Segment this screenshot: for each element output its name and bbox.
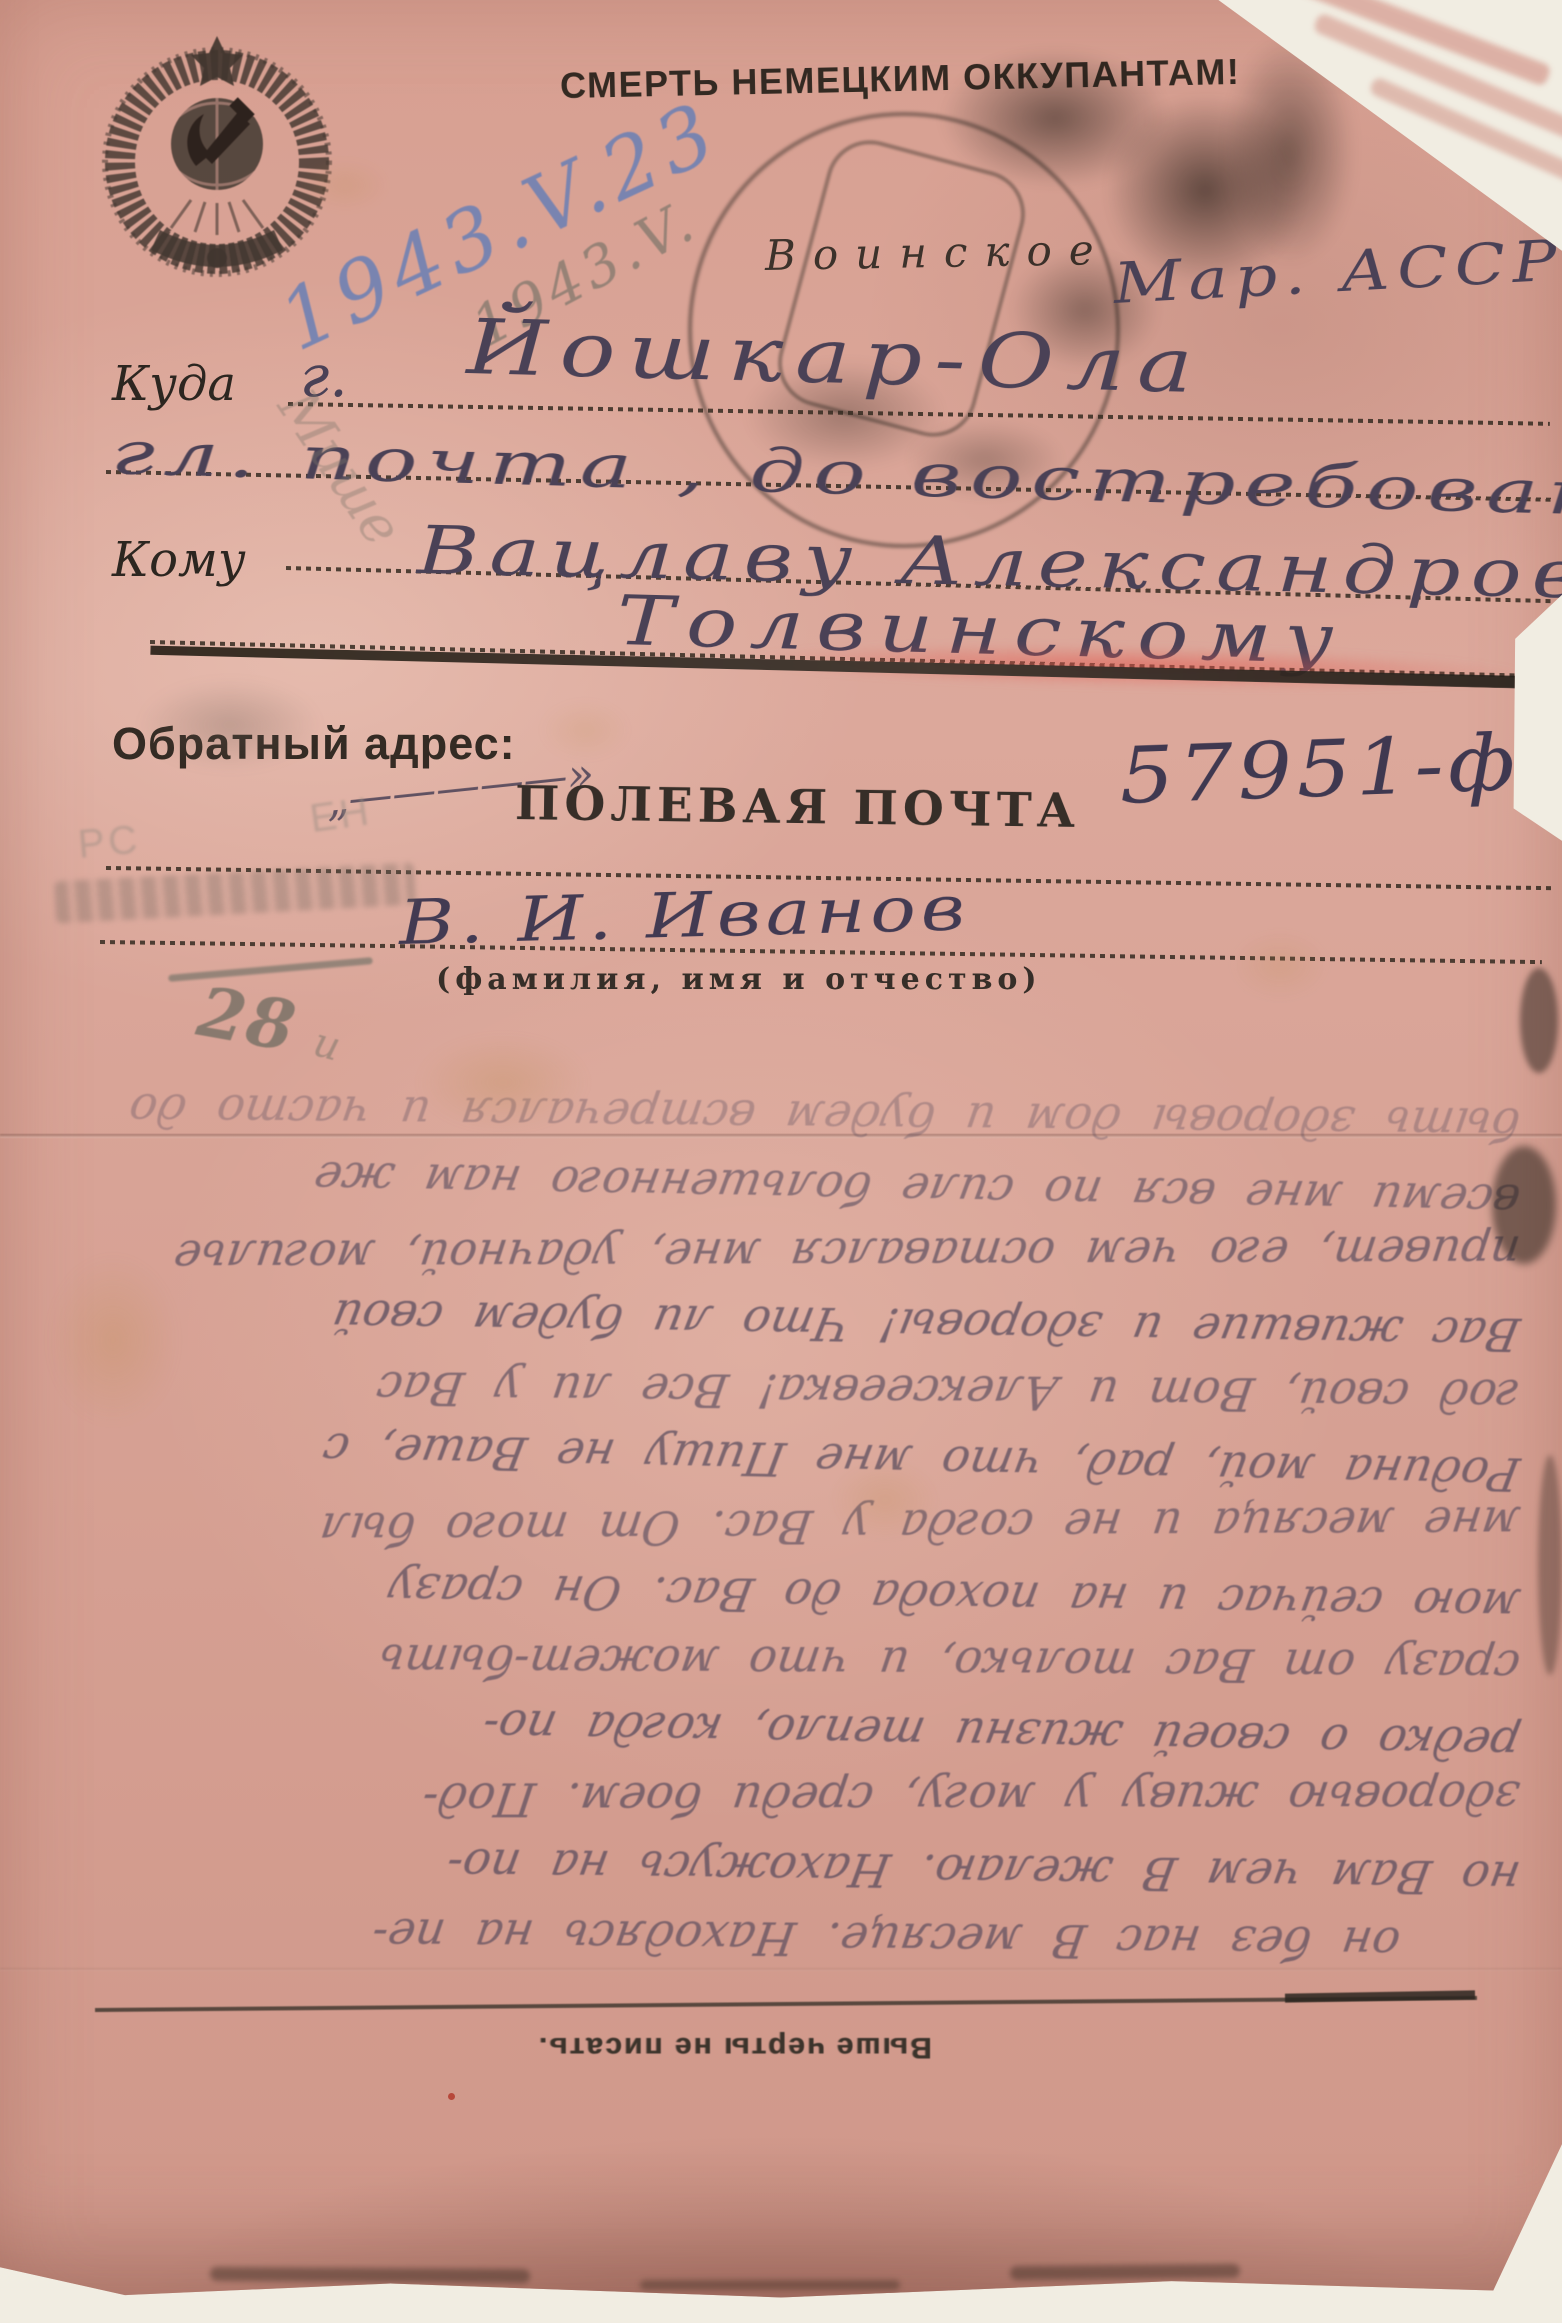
paper-stain: [1230, 930, 1330, 1000]
red-dot-mark: [448, 2093, 455, 2100]
censor-stamp-fragment-left: РС: [76, 817, 143, 867]
edge-shadow-mark: [1492, 1146, 1556, 1264]
pencil-stroke: [168, 957, 373, 982]
paper-stain: [418, 1035, 588, 1130]
letter-line: он без нас В месяце. Находясь на пе-: [255, 1899, 1404, 1971]
letter-line: привет, его чем оставался мне, удачной, …: [36, 1217, 1524, 1284]
soviet-coat-of-arms-icon: [88, 30, 346, 292]
paper-stain: [300, 158, 390, 213]
letter-line: но Вам чем В желаю. Нахожусь на по-: [35, 1825, 1525, 1905]
letter-line: Родина мой, рад, что мне Пишу не Ваше, с: [35, 1409, 1526, 1502]
field-post-label: ПОЛЕВАЯ ПОЧТА: [515, 776, 1081, 839]
bottom-edge-streak: [210, 2267, 530, 2283]
postmark-smudge: [1225, 35, 1355, 265]
paper-stain: [540, 700, 630, 760]
edge-shadow-mark: [1538, 1455, 1562, 1675]
name-caption: (фамилия, имя и отчество): [436, 962, 1042, 997]
letter-line: быть здоровы дом и будем встречался и ча…: [35, 1074, 1524, 1151]
bottom-rule-dark-segment: [1285, 1990, 1475, 2002]
censor-stamp-fragment-right: ЕН: [307, 789, 374, 842]
komu-label: Кому: [112, 532, 246, 588]
pencil-number: 28: [192, 972, 303, 1068]
edge-shadow-mark: [1520, 968, 1558, 1073]
paper-stain: [830, 1460, 940, 1540]
handwritten-destination-city: Йошкар-Ола: [466, 302, 1206, 410]
letter-line: мою сейчас и на похода до Вас. Он сразу: [35, 1550, 1526, 1633]
letter-line: сразу от Вас только, и что может-быть: [35, 1624, 1524, 1694]
letter-line: редко о своей жизни тепло, когда по-: [34, 1683, 1526, 1771]
letter-line: здоровью живу у могу, среди боем. Под-: [36, 1763, 1525, 1828]
letter-line: всеми мне вся по силе большенного нам же: [35, 1138, 1526, 1228]
pencil-squiggle: и: [308, 1019, 345, 1070]
letter-line: Вас жившие и здоровы! Что ли будем свой: [34, 1276, 1526, 1361]
censor-smudge-blob: [140, 680, 320, 770]
paper-stain: [48, 1255, 178, 1425]
do-not-write-note: Выше черты не писать.: [488, 2030, 932, 2064]
bottom-rule: [95, 1996, 1477, 2012]
censor-smudge-band: [54, 863, 416, 924]
bottom-edge-streak: [640, 2280, 900, 2290]
bottom-edge-streak: [1010, 2264, 1240, 2280]
postcard-paper: СМЕРТЬ НЕМЕЦКИМ ОККУПАНТАМ! 1943.V.23 19…: [0, 0, 1562, 2323]
kuda-label: Куда: [112, 356, 236, 412]
scanned-postcard: СМЕРТЬ НЕМЕЦКИМ ОККУПАНТАМ! 1943.V.23 19…: [0, 0, 1562, 2323]
letter-line: мне месяца и не согда у Вас. От того был: [36, 1488, 1524, 1558]
handwritten-field-post-number: 57951-ф: [1118, 718, 1521, 822]
